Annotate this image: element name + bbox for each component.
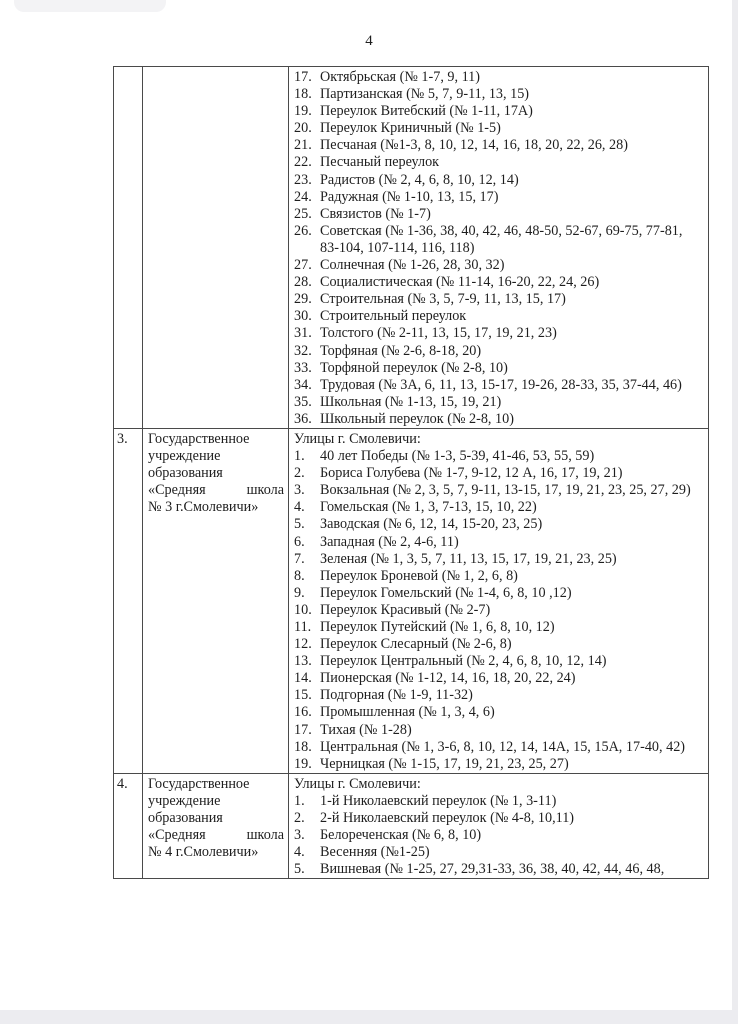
street-number: 22. xyxy=(294,154,320,171)
street-text: Подгорная (№ 1-9, 11-32) xyxy=(320,687,704,704)
street-number: 6. xyxy=(294,534,320,551)
street-item: 17.Октябрьская (№ 1-7, 9, 11) xyxy=(294,69,704,86)
streets-cell: 17.Октябрьская (№ 1-7, 9, 11)18.Партизан… xyxy=(289,67,709,429)
street-number: 36. xyxy=(294,411,320,428)
streets-list: 1.1-й Николаевский переулок (№ 1, 3-11)2… xyxy=(294,793,704,878)
organization-line: № 3 г.Смолевичи» xyxy=(148,499,284,516)
street-text: Переулок Слесарный (№ 2-6, 8) xyxy=(320,636,704,653)
organization-line: Государственное xyxy=(148,776,284,793)
street-text: Школьная (№ 1-13, 15, 19, 21) xyxy=(320,394,704,411)
street-item: 21.Песчаная (№1-3, 8, 10, 12, 14, 16, 18… xyxy=(294,137,704,154)
street-item: 35.Школьная (№ 1-13, 15, 19, 21) xyxy=(294,394,704,411)
organization-line: образования xyxy=(148,810,284,827)
street-number: 7. xyxy=(294,551,320,568)
street-text: Песчаная (№1-3, 8, 10, 12, 14, 16, 18, 2… xyxy=(320,137,704,154)
street-item: 28.Социалистическая (№ 11-14, 16-20, 22,… xyxy=(294,274,704,291)
table-row-continuation: 17.Октябрьская (№ 1-7, 9, 11)18.Партизан… xyxy=(114,67,709,429)
street-number: 25. xyxy=(294,206,320,223)
street-text: Вокзальная (№ 2, 3, 5, 7, 9-11, 13-15, 1… xyxy=(320,482,704,499)
street-text: Зеленая (№ 1, 3, 5, 7, 11, 13, 15, 17, 1… xyxy=(320,551,704,568)
street-item: 25.Связистов (№ 1-7) xyxy=(294,206,704,223)
street-text: Советская (№ 1-36, 38, 40, 42, 46, 48-50… xyxy=(320,223,704,257)
street-number: 26. xyxy=(294,223,320,257)
streets-cell: Улицы г. Смолевичи: 1.40 лет Победы (№ 1… xyxy=(289,428,709,773)
street-text: Радужная (№ 1-10, 13, 15, 17) xyxy=(320,189,704,206)
organization-word: «Средняя xyxy=(148,482,206,499)
street-text: Социалистическая (№ 11-14, 16-20, 22, 24… xyxy=(320,274,704,291)
organization-cell: Государственное учреждение образования «… xyxy=(143,773,289,879)
row-number-cell: 4. xyxy=(114,773,143,879)
street-number: 23. xyxy=(294,172,320,189)
row-number-cell xyxy=(114,67,143,429)
street-item: 20.Переулок Криничный (№ 1-5) xyxy=(294,120,704,137)
table-row-school-3: 3. Государственное учреждение образовани… xyxy=(114,428,709,773)
page-number: 4 xyxy=(0,33,738,50)
street-text: Толстого (№ 2-11, 13, 15, 17, 19, 21, 23… xyxy=(320,325,704,342)
street-number: 18. xyxy=(294,739,320,756)
street-item: 34.Трудовая (№ 3А, 6, 11, 13, 15-17, 19-… xyxy=(294,377,704,394)
street-text: Октябрьская (№ 1-7, 9, 11) xyxy=(320,69,704,86)
table-row-school-4: 4. Государственное учреждение образовани… xyxy=(114,773,709,879)
school-district-table: 17.Октябрьская (№ 1-7, 9, 11)18.Партизан… xyxy=(113,66,709,879)
streets-heading: Улицы г. Смолевичи: xyxy=(294,776,704,793)
street-item: 32.Торфяная (№ 2-6, 8-18, 20) xyxy=(294,343,704,360)
street-item: 3.Вокзальная (№ 2, 3, 5, 7, 9-11, 13-15,… xyxy=(294,482,704,499)
street-item: 26.Советская (№ 1-36, 38, 40, 42, 46, 48… xyxy=(294,223,704,257)
organization-word: «Средняя xyxy=(148,827,206,844)
streets-list: 17.Октябрьская (№ 1-7, 9, 11)18.Партизан… xyxy=(294,69,704,428)
street-number: 29. xyxy=(294,291,320,308)
street-number: 5. xyxy=(294,861,320,878)
street-item: 5.Вишневая (№ 1-25, 27, 29,31-33, 36, 38… xyxy=(294,861,704,878)
street-text: Гомельская (№ 1, 3, 7-13, 15, 10, 22) xyxy=(320,499,704,516)
street-item: 6.Западная (№ 2, 4-6, 11) xyxy=(294,534,704,551)
street-text: Вишневая (№ 1-25, 27, 29,31-33, 36, 38, … xyxy=(320,861,704,878)
street-text: Весенняя (№1-25) xyxy=(320,844,704,861)
street-number: 28. xyxy=(294,274,320,291)
street-item: 2.2-й Николаевский переулок (№ 4-8, 10,1… xyxy=(294,810,704,827)
street-text: 2-й Николаевский переулок (№ 4-8, 10,11) xyxy=(320,810,704,827)
street-number: 33. xyxy=(294,360,320,377)
street-item: 19.Переулок Витебский (№ 1-11, 17А) xyxy=(294,103,704,120)
street-text: Бориса Голубева (№ 1-7, 9-12, 12 А, 16, … xyxy=(320,465,704,482)
street-text: Пионерская (№ 1-12, 14, 16, 18, 20, 22, … xyxy=(320,670,704,687)
streets-cell: Улицы г. Смолевичи: 1.1-й Николаевский п… xyxy=(289,773,709,879)
street-text: Радистов (№ 2, 4, 6, 8, 10, 12, 14) xyxy=(320,172,704,189)
street-item: 18.Центральная (№ 1, 3-6, 8, 10, 12, 14,… xyxy=(294,739,704,756)
viewer-right-edge xyxy=(732,0,738,1024)
organization-line: учреждение xyxy=(148,793,284,810)
street-text: Переулок Витебский (№ 1-11, 17А) xyxy=(320,103,704,120)
street-number: 21. xyxy=(294,137,320,154)
street-text: Переулок Красивый (№ 2-7) xyxy=(320,602,704,619)
row-number-cell: 3. xyxy=(114,428,143,773)
street-number: 2. xyxy=(294,810,320,827)
street-item: 30.Строительный переулок xyxy=(294,308,704,325)
street-item: 17.Тихая (№ 1-28) xyxy=(294,722,704,739)
street-item: 7.Зеленая (№ 1, 3, 5, 7, 11, 13, 15, 17,… xyxy=(294,551,704,568)
street-number: 3. xyxy=(294,482,320,499)
street-item: 10.Переулок Красивый (№ 2-7) xyxy=(294,602,704,619)
street-number: 35. xyxy=(294,394,320,411)
street-number: 34. xyxy=(294,377,320,394)
organization-line: № 4 г.Смолевичи» xyxy=(148,844,284,861)
browser-top-overlay xyxy=(14,0,166,12)
street-text: Тихая (№ 1-28) xyxy=(320,722,704,739)
street-text: Переулок Криничный (№ 1-5) xyxy=(320,120,704,137)
street-number: 5. xyxy=(294,516,320,533)
street-item: 15.Подгорная (№ 1-9, 11-32) xyxy=(294,687,704,704)
street-text: Партизанская (№ 5, 7, 9-11, 13, 15) xyxy=(320,86,704,103)
street-text: Центральная (№ 1, 3-6, 8, 10, 12, 14, 14… xyxy=(320,739,704,756)
street-text: Переулок Центральный (№ 2, 4, 6, 8, 10, … xyxy=(320,653,704,670)
street-number: 17. xyxy=(294,722,320,739)
street-number: 12. xyxy=(294,636,320,653)
street-item: 18.Партизанская (№ 5, 7, 9-11, 13, 15) xyxy=(294,86,704,103)
street-item: 27.Солнечная (№ 1-26, 28, 30, 32) xyxy=(294,257,704,274)
street-text: Западная (№ 2, 4-6, 11) xyxy=(320,534,704,551)
street-number: 2. xyxy=(294,465,320,482)
street-number: 10. xyxy=(294,602,320,619)
street-item: 2.Бориса Голубева (№ 1-7, 9-12, 12 А, 16… xyxy=(294,465,704,482)
street-text: Заводская (№ 6, 12, 14, 15-20, 23, 25) xyxy=(320,516,704,533)
viewer-bottom-bar xyxy=(0,1010,738,1024)
organization-word: школа xyxy=(247,482,284,499)
street-number: 32. xyxy=(294,343,320,360)
street-item: 33.Торфяной переулок (№ 2-8, 10) xyxy=(294,360,704,377)
street-item: 5.Заводская (№ 6, 12, 14, 15-20, 23, 25) xyxy=(294,516,704,533)
street-text: Строительная (№ 3, 5, 7-9, 11, 13, 15, 1… xyxy=(320,291,704,308)
street-item: 31.Толстого (№ 2-11, 13, 15, 17, 19, 21,… xyxy=(294,325,704,342)
street-text: Трудовая (№ 3А, 6, 11, 13, 15-17, 19-26,… xyxy=(320,377,704,394)
street-number: 1. xyxy=(294,793,320,810)
street-text: Солнечная (№ 1-26, 28, 30, 32) xyxy=(320,257,704,274)
street-text: Связистов (№ 1-7) xyxy=(320,206,704,223)
street-item: 36.Школьный переулок (№ 2-8, 10) xyxy=(294,411,704,428)
street-number: 1. xyxy=(294,448,320,465)
street-item: 8.Переулок Броневой (№ 1, 2, 6, 8) xyxy=(294,568,704,585)
street-number: 4. xyxy=(294,844,320,861)
street-text: Переулок Путейский (№ 1, 6, 8, 10, 12) xyxy=(320,619,704,636)
street-text: Белореченская (№ 6, 8, 10) xyxy=(320,827,704,844)
street-number: 17. xyxy=(294,69,320,86)
street-number: 9. xyxy=(294,585,320,602)
street-number: 19. xyxy=(294,103,320,120)
organization-line: учреждение xyxy=(148,448,284,465)
street-number: 24. xyxy=(294,189,320,206)
street-item: 24.Радужная (№ 1-10, 13, 15, 17) xyxy=(294,189,704,206)
street-number: 19. xyxy=(294,756,320,773)
street-text: 1-й Николаевский переулок (№ 1, 3-11) xyxy=(320,793,704,810)
street-text: 40 лет Победы (№ 1-3, 5-39, 41-46, 53, 5… xyxy=(320,448,704,465)
street-text: Промышленная (№ 1, 3, 4, 6) xyxy=(320,704,704,721)
street-item: 23.Радистов (№ 2, 4, 6, 8, 10, 12, 14) xyxy=(294,172,704,189)
street-item: 16.Промышленная (№ 1, 3, 4, 6) xyxy=(294,704,704,721)
street-number: 31. xyxy=(294,325,320,342)
street-number: 8. xyxy=(294,568,320,585)
street-number: 11. xyxy=(294,619,320,636)
organization-line: Государственное xyxy=(148,431,284,448)
street-text: Переулок Гомельский (№ 1-4, 6, 8, 10 ,12… xyxy=(320,585,704,602)
street-item: 12.Переулок Слесарный (№ 2-6, 8) xyxy=(294,636,704,653)
street-number: 14. xyxy=(294,670,320,687)
street-number: 3. xyxy=(294,827,320,844)
street-text: Песчаный переулок xyxy=(320,154,704,171)
organization-word: школа xyxy=(247,827,284,844)
street-item: 29.Строительная (№ 3, 5, 7-9, 11, 13, 15… xyxy=(294,291,704,308)
street-item: 14.Пионерская (№ 1-12, 14, 16, 18, 20, 2… xyxy=(294,670,704,687)
streets-list: 1.40 лет Победы (№ 1-3, 5-39, 41-46, 53,… xyxy=(294,448,704,773)
street-text: Торфяной переулок (№ 2-8, 10) xyxy=(320,360,704,377)
street-number: 13. xyxy=(294,653,320,670)
street-item: 22.Песчаный переулок xyxy=(294,154,704,171)
streets-heading: Улицы г. Смолевичи: xyxy=(294,431,704,448)
organization-line: «Средняя школа xyxy=(148,827,284,844)
organization-line: образования xyxy=(148,465,284,482)
street-number: 30. xyxy=(294,308,320,325)
organization-line: «Средняя школа xyxy=(148,482,284,499)
street-number: 20. xyxy=(294,120,320,137)
street-number: 15. xyxy=(294,687,320,704)
street-item: 1.1-й Николаевский переулок (№ 1, 3-11) xyxy=(294,793,704,810)
street-item: 1.40 лет Победы (№ 1-3, 5-39, 41-46, 53,… xyxy=(294,448,704,465)
street-text: Торфяная (№ 2-6, 8-18, 20) xyxy=(320,343,704,360)
street-item: 11.Переулок Путейский (№ 1, 6, 8, 10, 12… xyxy=(294,619,704,636)
street-item: 4.Весенняя (№1-25) xyxy=(294,844,704,861)
street-text: Школьный переулок (№ 2-8, 10) xyxy=(320,411,704,428)
street-item: 13.Переулок Центральный (№ 2, 4, 6, 8, 1… xyxy=(294,653,704,670)
street-item: 4.Гомельская (№ 1, 3, 7-13, 15, 10, 22) xyxy=(294,499,704,516)
street-number: 27. xyxy=(294,257,320,274)
street-text: Строительный переулок xyxy=(320,308,704,325)
organization-cell xyxy=(143,67,289,429)
organization-cell: Государственное учреждение образования «… xyxy=(143,428,289,773)
street-item: 19.Черницкая (№ 1-15, 17, 19, 21, 23, 25… xyxy=(294,756,704,773)
street-text: Черницкая (№ 1-15, 17, 19, 21, 23, 25, 2… xyxy=(320,756,704,773)
street-number: 16. xyxy=(294,704,320,721)
street-number: 18. xyxy=(294,86,320,103)
street-number: 4. xyxy=(294,499,320,516)
street-item: 9.Переулок Гомельский (№ 1-4, 6, 8, 10 ,… xyxy=(294,585,704,602)
street-item: 3.Белореченская (№ 6, 8, 10) xyxy=(294,827,704,844)
street-text: Переулок Броневой (№ 1, 2, 6, 8) xyxy=(320,568,704,585)
